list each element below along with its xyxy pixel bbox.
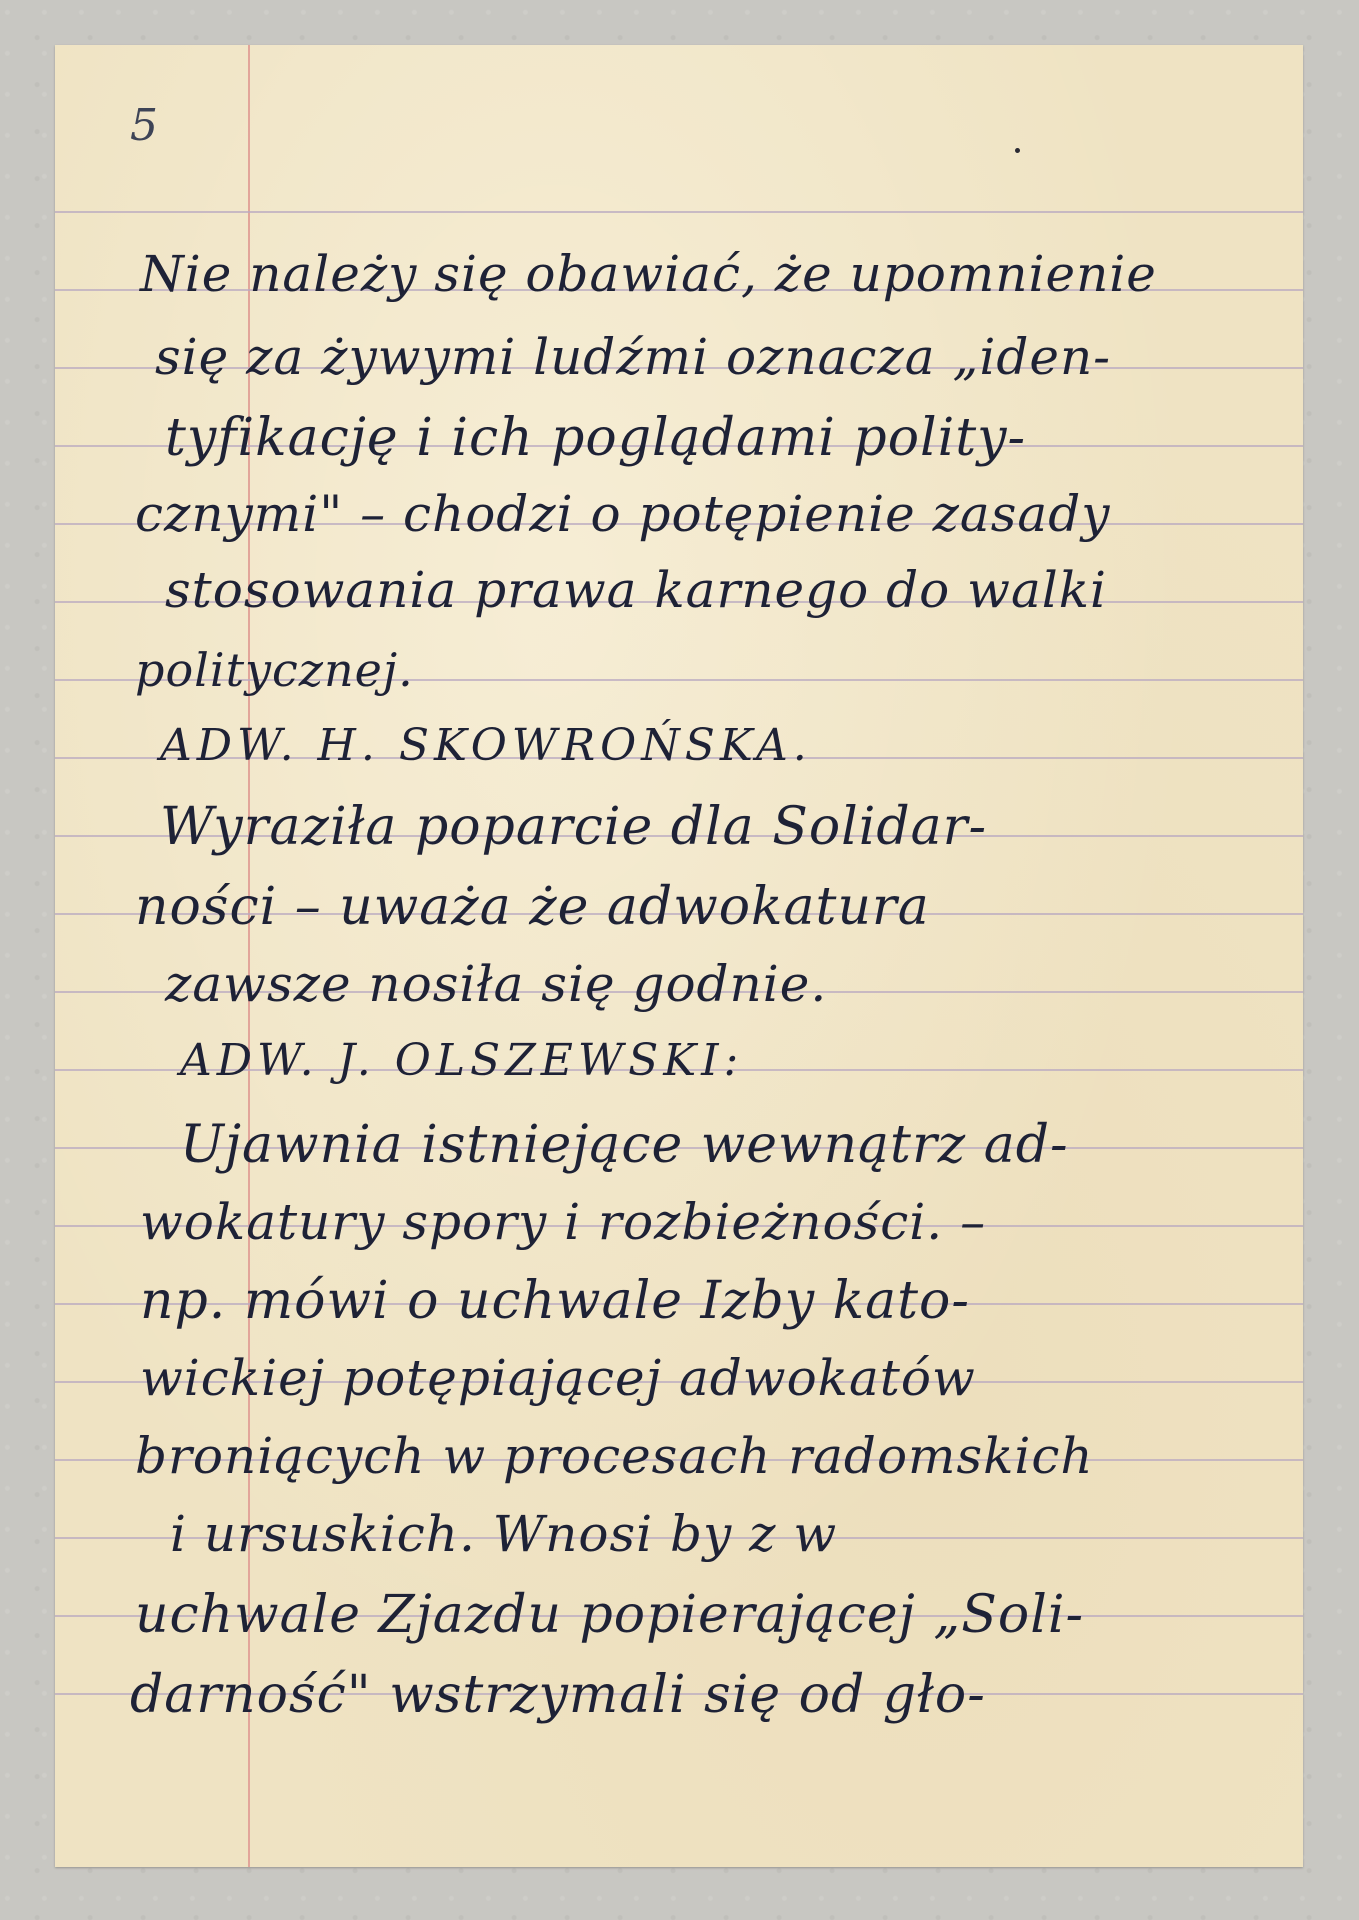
handwritten-line: stosowania prawa karnego do walki: [165, 561, 1107, 619]
handwritten-line: politycznej.: [135, 643, 414, 697]
handwritten-line: Nie należy się obawiać, że upomnienie: [140, 245, 1157, 303]
handwritten-line: się za żywymi ludźmi oznacza „iden-: [155, 328, 1111, 386]
page-number: 5: [130, 100, 158, 151]
handwritten-line: ności – uważa że adwokatura: [135, 877, 930, 937]
handwritten-line: zawsze nosiła się godnie.: [165, 955, 827, 1013]
handwritten-line: np. mówi o uchwale Izby kato-: [140, 1271, 970, 1331]
handwritten-line: cznymi" – chodzi o potępienie zasady: [135, 485, 1110, 543]
handwritten-line: wickiej potępiającej adwokatów: [140, 1349, 976, 1407]
ruled-line: [55, 211, 1303, 213]
handwritten-line: tyfikację i ich poglądami polity-: [165, 408, 1026, 468]
handwritten-line: Wyraziła poparcie dla Solidar-: [160, 797, 987, 857]
handwritten-line: broniących w procesach radomskich: [135, 1427, 1094, 1485]
handwritten-line: i ursuskich. Wnosi by z w: [170, 1505, 837, 1563]
ink-dot: [1015, 148, 1020, 153]
speaker-heading: ADW. H. SKOWROŃSKA.: [160, 720, 812, 771]
handwritten-line: wokatury spory i rozbieżności. –: [140, 1193, 986, 1251]
handwritten-line: uchwale Zjazdu popierającej „Soli-: [135, 1585, 1084, 1645]
handwritten-line: Ujawnia istniejące wewnątrz ad-: [180, 1115, 1069, 1175]
handwritten-line: darność" wstrzymali się od gło-: [130, 1665, 986, 1725]
notebook-page: 5 Nie należy się obawiać, że upomnienie …: [55, 45, 1303, 1867]
speaker-heading: ADW. J. OLSZEWSKI:: [180, 1035, 743, 1086]
